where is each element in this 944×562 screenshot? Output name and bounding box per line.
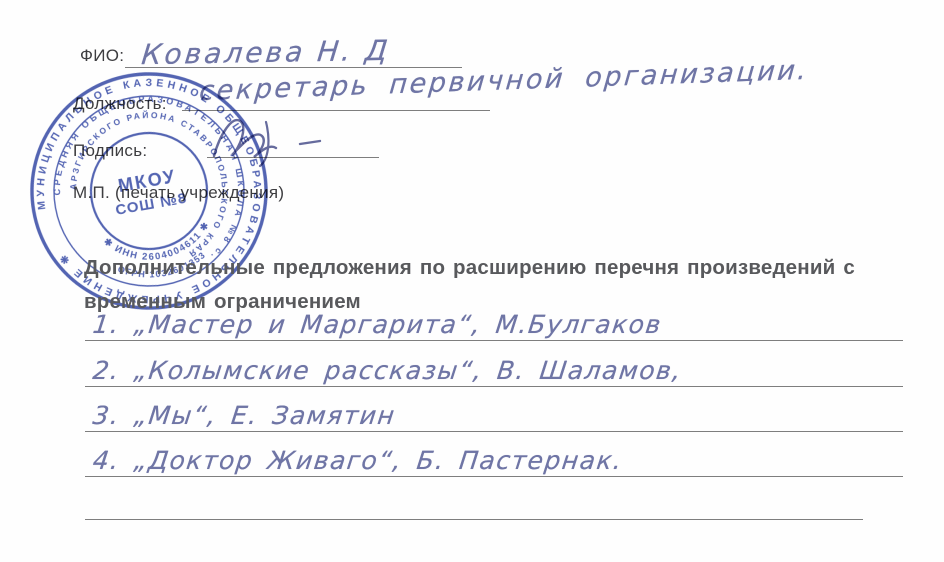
- entry-ruled-line-4: [85, 476, 903, 477]
- entry-ruled-line-2: [85, 386, 903, 387]
- entry-ruled-line-empty: [85, 519, 863, 520]
- scanned-form-page: ФИО: Ковалева Н. Д Должность: секретарь …: [0, 0, 944, 562]
- handwritten-entry-1: 1. „Мастер и Маргарита“, М.Булгаков: [91, 310, 663, 339]
- handwritten-entry-2: 2. „Колымские рассказы“, В. Шаламов,: [91, 356, 684, 385]
- section-heading-line1: Дополнительные предложения по расширению…: [84, 256, 855, 280]
- handwritten-entry-3: 3. „Мы“, Е. Замятин: [91, 401, 397, 430]
- handwritten-entry-4: 4. „Доктор Живаго“, Б. Пастернак.: [91, 446, 624, 475]
- fio-label: ФИО:: [80, 46, 124, 66]
- entry-ruled-line-3: [85, 431, 903, 432]
- entry-ruled-line-1: [85, 340, 903, 341]
